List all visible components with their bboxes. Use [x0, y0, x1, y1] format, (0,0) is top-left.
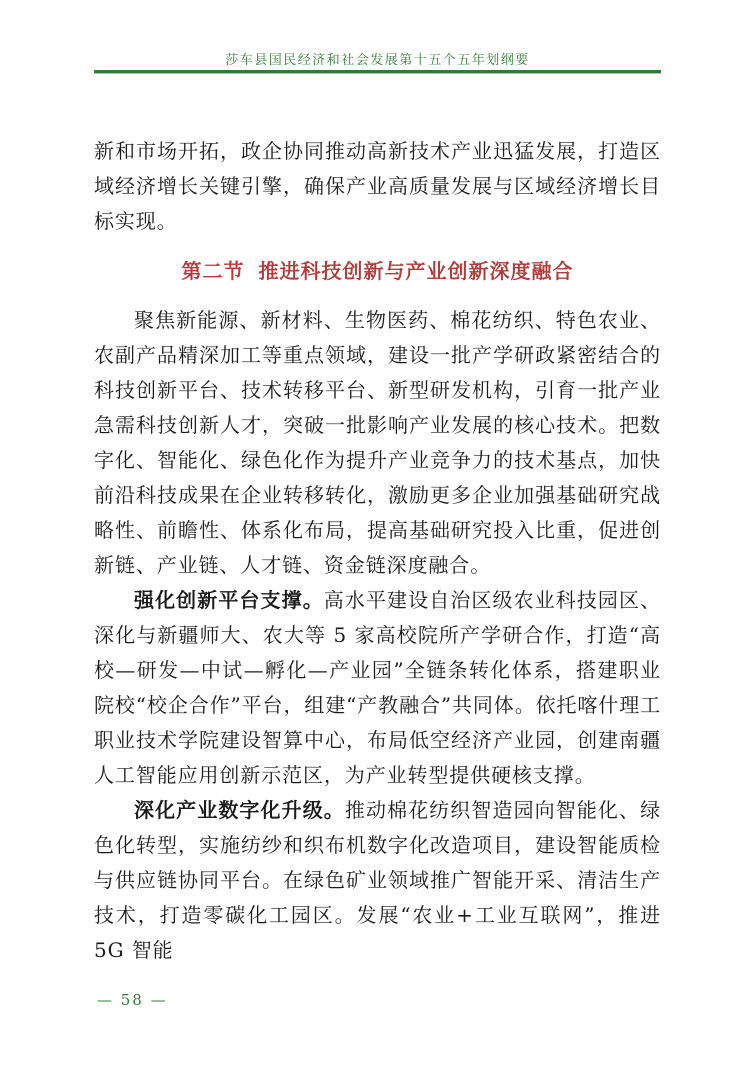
- paragraph-continuation: 新和市场开拓，政企协同推动高新技术产业迅猛发展，打造区域经济增长关键引擎，确保产…: [94, 134, 661, 239]
- document-body: 新和市场开拓，政企协同推动高新技术产业迅猛发展，打造区域经济增长关键引擎，确保产…: [94, 134, 661, 968]
- paragraph-platform-lead: 强化创新平台支撑。: [134, 588, 324, 612]
- paragraph-digital-lead: 深化产业数字化升级。: [134, 798, 345, 822]
- paragraph-platform-text: 高水平建设自治区级农业科技园区、深化与新疆师大、农大等 5 家高校院所产学研合作…: [94, 588, 661, 787]
- section-heading: 第二节推进科技创新与产业创新深度融合: [94, 254, 661, 289]
- paragraph-digital: 深化产业数字化升级。推动棉花纺织智造园向智能化、绿色化转型，实施纺纱和织布机数字…: [94, 793, 661, 968]
- page-header-title: 莎车县国民经济和社会发展第十五个五年划纲要: [94, 49, 661, 68]
- paragraph-platform: 强化创新平台支撑。高水平建设自治区级农业科技园区、深化与新疆师大、农大等 5 家…: [94, 583, 661, 793]
- paragraph-overview: 聚焦新能源、新材料、生物医药、棉花纺织、特色农业、农副产品精深加工等重点领域，建…: [94, 303, 661, 583]
- page-number: — 58 —: [97, 991, 168, 1009]
- header-rule: [94, 70, 661, 74]
- paragraph-digital-text: 推动棉花纺织智造园向智能化、绿色化转型，实施纺纱和织布机数字化改造项目，建设智能…: [94, 798, 661, 962]
- section-heading-title: 推进科技创新与产业创新深度融合: [259, 259, 574, 283]
- section-heading-number: 第二节: [182, 259, 245, 283]
- document-page: 莎车县国民经济和社会发展第十五个五年划纲要 新和市场开拓，政企协同推动高新技术产…: [0, 0, 753, 1066]
